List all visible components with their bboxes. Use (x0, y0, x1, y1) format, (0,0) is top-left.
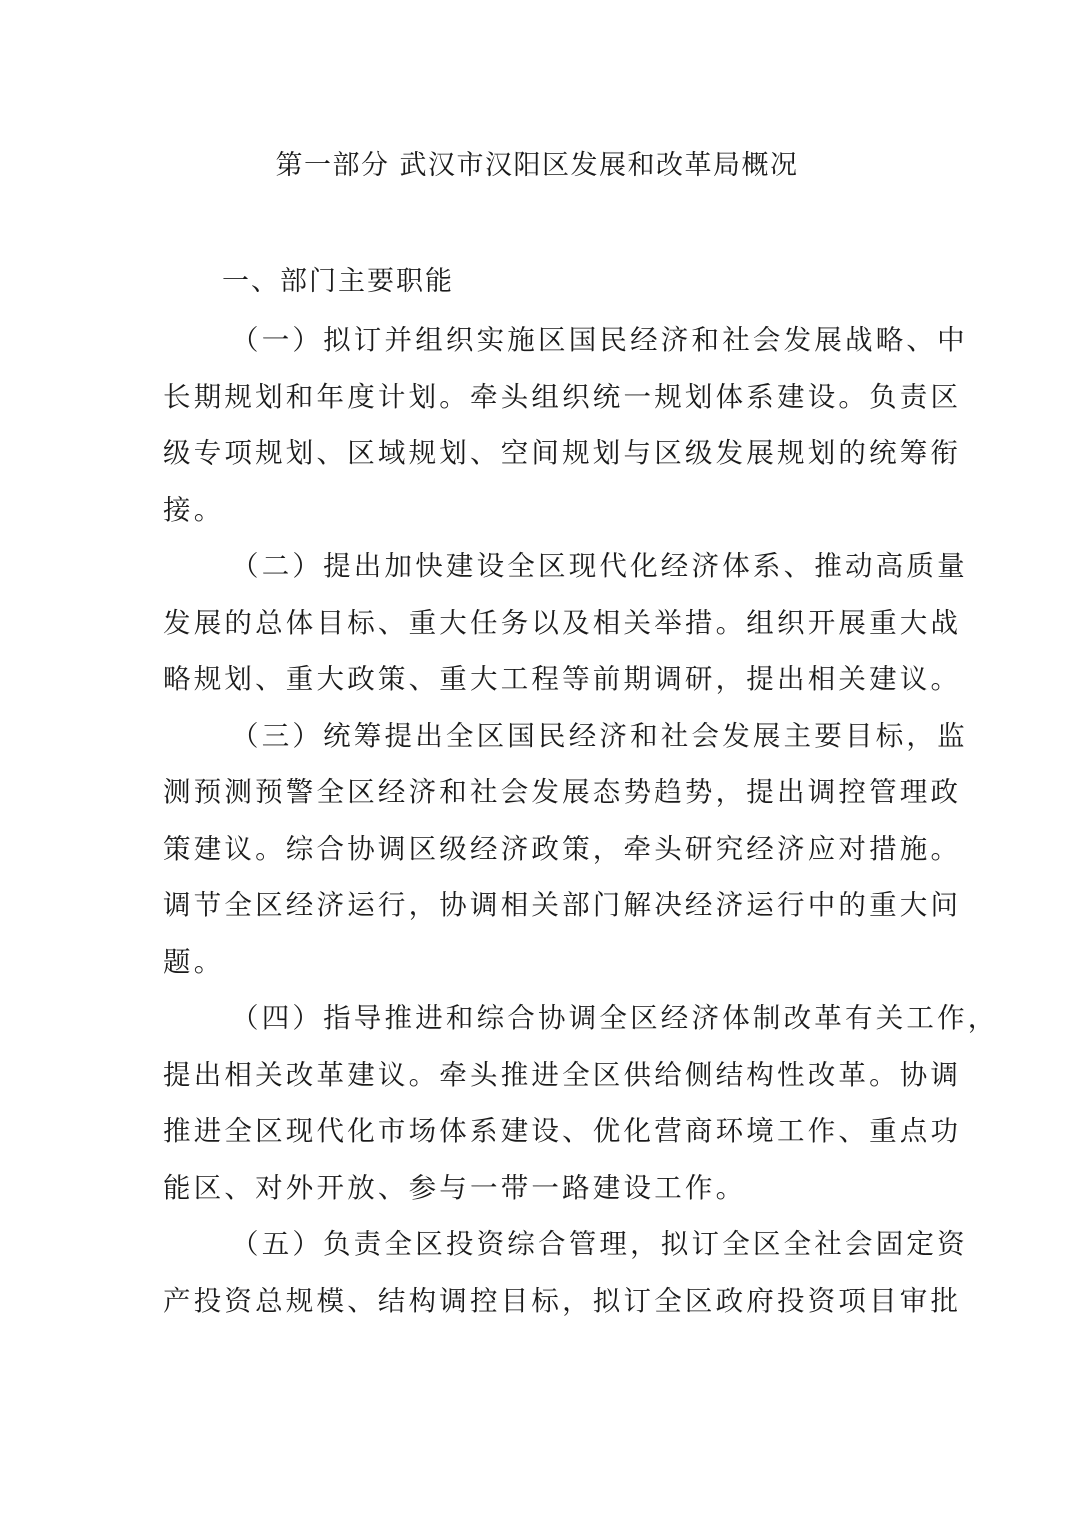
paragraph-line: 级专项规划、区域规划、空间规划与区级发展规划的统筹衔 (163, 431, 923, 488)
paragraph-line: （一）拟订并组织实施区国民经济和社会发展战略、中 (163, 318, 923, 375)
paragraph-line: 发展的总体目标、重大任务以及相关举措。组织开展重大战 (163, 601, 923, 658)
paragraph-line: 能区、对外开放、参与一带一路建设工作。 (163, 1166, 923, 1223)
paragraph-line: （四）指导推进和综合协调全区经济体制改革有关工作， (163, 996, 923, 1053)
paragraph-line: 策建议。综合协调区级经济政策，牵头研究经济应对措施。 (163, 827, 923, 884)
paragraph-1: （一）拟订并组织实施区国民经济和社会发展战略、中 长期规划和年度计划。牵头组织统… (163, 318, 923, 544)
paragraph-line: 略规划、重大政策、重大工程等前期调研，提出相关建议。 (163, 657, 923, 714)
paragraph-line: （三）统筹提出全区国民经济和社会发展主要目标，监 (163, 714, 923, 771)
paragraph-line: 长期规划和年度计划。牵头组织统一规划体系建设。负责区 (163, 375, 923, 432)
document-page: 第一部分 武汉市汉阳区发展和改革局概况 一、部门主要职能 （一）拟订并组织实施区… (0, 0, 1074, 1520)
paragraph-4: （四）指导推进和综合协调全区经济体制改革有关工作， 提出相关改革建议。牵头推进全… (163, 996, 923, 1222)
paragraph-line: （五）负责全区投资综合管理，拟订全区全社会固定资 (163, 1222, 923, 1279)
document-title: 第一部分 武汉市汉阳区发展和改革局概况 (0, 146, 1074, 186)
section-heading: 一、部门主要职能 (222, 262, 454, 302)
paragraph-2: （二）提出加快建设全区现代化经济体系、推动高质量 发展的总体目标、重大任务以及相… (163, 544, 923, 714)
paragraph-line: 提出相关改革建议。牵头推进全区供给侧结构性改革。协调 (163, 1053, 923, 1110)
paragraph-line: 产投资总规模、结构调控目标，拟订全区政府投资项目审批 (163, 1279, 923, 1336)
paragraph-line: 接。 (163, 488, 923, 545)
paragraph-line: 推进全区现代化市场体系建设、优化营商环境工作、重点功 (163, 1109, 923, 1166)
paragraph-line: 测预测预警全区经济和社会发展态势趋势，提出调控管理政 (163, 770, 923, 827)
paragraph-3: （三）统筹提出全区国民经济和社会发展主要目标，监 测预测预警全区经济和社会发展态… (163, 714, 923, 997)
paragraph-line: （二）提出加快建设全区现代化经济体系、推动高质量 (163, 544, 923, 601)
paragraph-5: （五）负责全区投资综合管理，拟订全区全社会固定资 产投资总规模、结构调控目标，拟… (163, 1222, 923, 1335)
paragraph-line: 调节全区经济运行，协调相关部门解决经济运行中的重大问 (163, 883, 923, 940)
document-body: （一）拟订并组织实施区国民经济和社会发展战略、中 长期规划和年度计划。牵头组织统… (163, 318, 923, 1335)
paragraph-line: 题。 (163, 940, 923, 997)
